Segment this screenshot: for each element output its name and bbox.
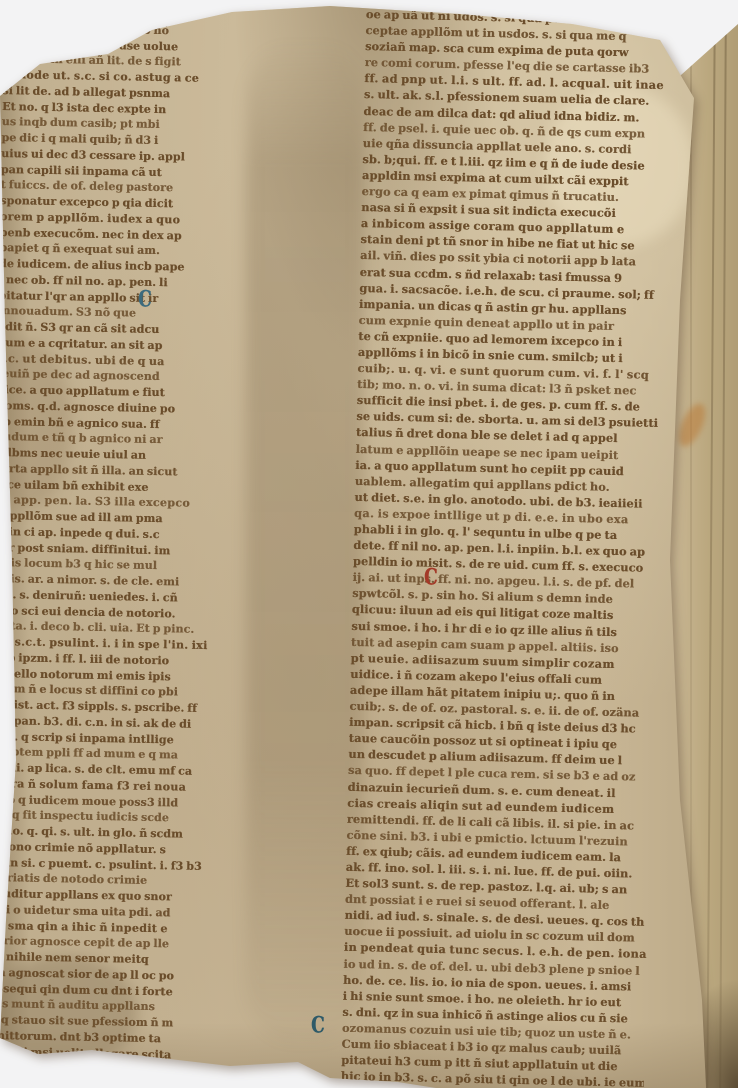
text-line: mp toza mituub st — [4, 4, 262, 25]
paragraph-mark-blue-2: C — [311, 1015, 325, 1037]
paragraph-mark-blue-1: C — [138, 289, 152, 311]
text-column-right: oe ap uã ut ni udos. s. si qua pune qcep… — [341, 6, 669, 1088]
paragraph-mark-red: C — [424, 567, 438, 589]
parchment-surface: mp toza mituub stdicat sib i locum sic d… — [0, 0, 738, 1088]
text-column-left: mp toza mituub stdicat sib i locum sic d… — [0, 4, 262, 1080]
manuscript-photo: mp toza mituub stdicat sib i locum sic d… — [0, 0, 738, 1088]
parchment-leaf: mp toza mituub stdicat sib i locum sic d… — [0, 0, 738, 1088]
